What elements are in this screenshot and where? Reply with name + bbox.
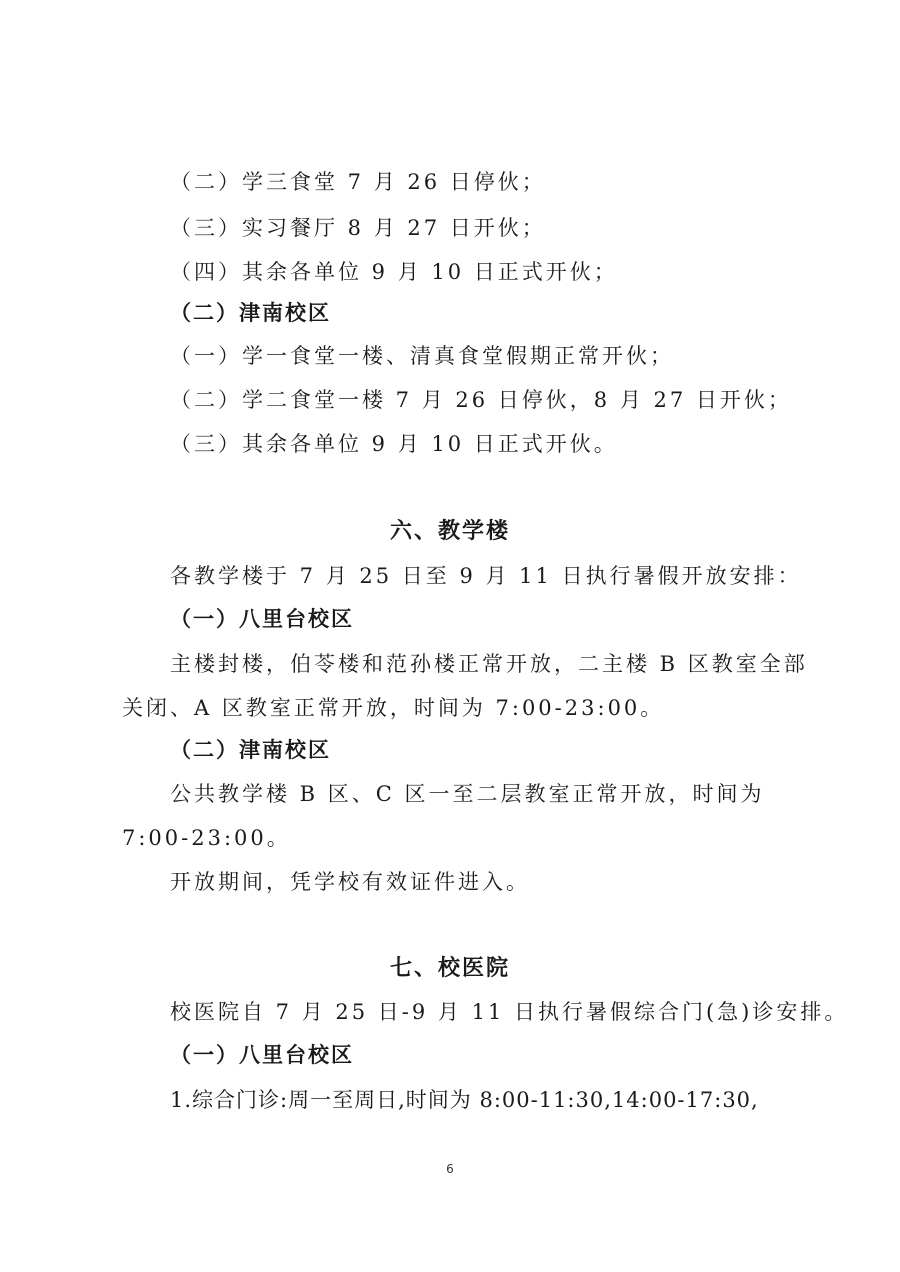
- canteen-item-xuesan: （二）学三食堂 7 月 26 日停伙；: [170, 168, 546, 196]
- page-number: 6: [0, 1162, 900, 1176]
- section-6-balitai-text-1: 主楼封楼，伯苓楼和范孙楼正常开放，二主楼 B 区教室全部: [170, 650, 808, 678]
- section-6-jinnan-text-2: 7:00-23:00。: [122, 824, 291, 852]
- jinnan-canteen-heading: （二）津南校区: [170, 299, 331, 327]
- section-6-balitai-heading: （一）八里台校区: [170, 605, 354, 633]
- canteen-item-shixi: （三）实习餐厅 8 月 27 日开伙；: [170, 214, 546, 242]
- section-6-title: 六、教学楼: [0, 518, 900, 546]
- section-7-title: 七、校医院: [0, 955, 900, 983]
- section-6-jinnan-heading: （二）津南校区: [170, 736, 331, 764]
- section-6-intro: 各教学楼于 7 月 25 日至 9 月 11 日执行暑假开放安排：: [170, 562, 802, 590]
- document-page: （二）学三食堂 7 月 26 日停伙； （三）实习餐厅 8 月 27 日开伙； …: [0, 0, 900, 1272]
- section-7-balitai-heading: （一）八里台校区: [170, 1041, 354, 1069]
- section-6-jinnan-text-1: 公共教学楼 B 区、C 区一至二层教室正常开放，时间为: [170, 780, 765, 808]
- jinnan-canteen-item-1: （一）学一食堂一楼、清真食堂假期正常开伙；: [170, 342, 674, 370]
- section-7-balitai-text-1: 1.综合门诊:周一至周日,时间为 8:00-11:30,14:00-17:30,: [170, 1086, 759, 1114]
- canteen-item-others: （四）其余各单位 9 月 10 日正式开伙；: [170, 258, 618, 286]
- jinnan-canteen-item-2: （二）学二食堂一楼 7 月 26 日停伙，8 月 27 日开伙；: [170, 386, 792, 414]
- section-6-note: 开放期间，凭学校有效证件进入。: [170, 868, 530, 896]
- jinnan-canteen-item-3: （三）其余各单位 9 月 10 日正式开伙。: [170, 430, 618, 458]
- section-6-balitai-text-2: 关闭、A 区教室正常开放，时间为 7:00-23:00。: [122, 694, 664, 722]
- section-7-intro: 校医院自 7 月 25 日-9 月 11 日执行暑假综合门(急)诊安排。: [170, 998, 848, 1026]
